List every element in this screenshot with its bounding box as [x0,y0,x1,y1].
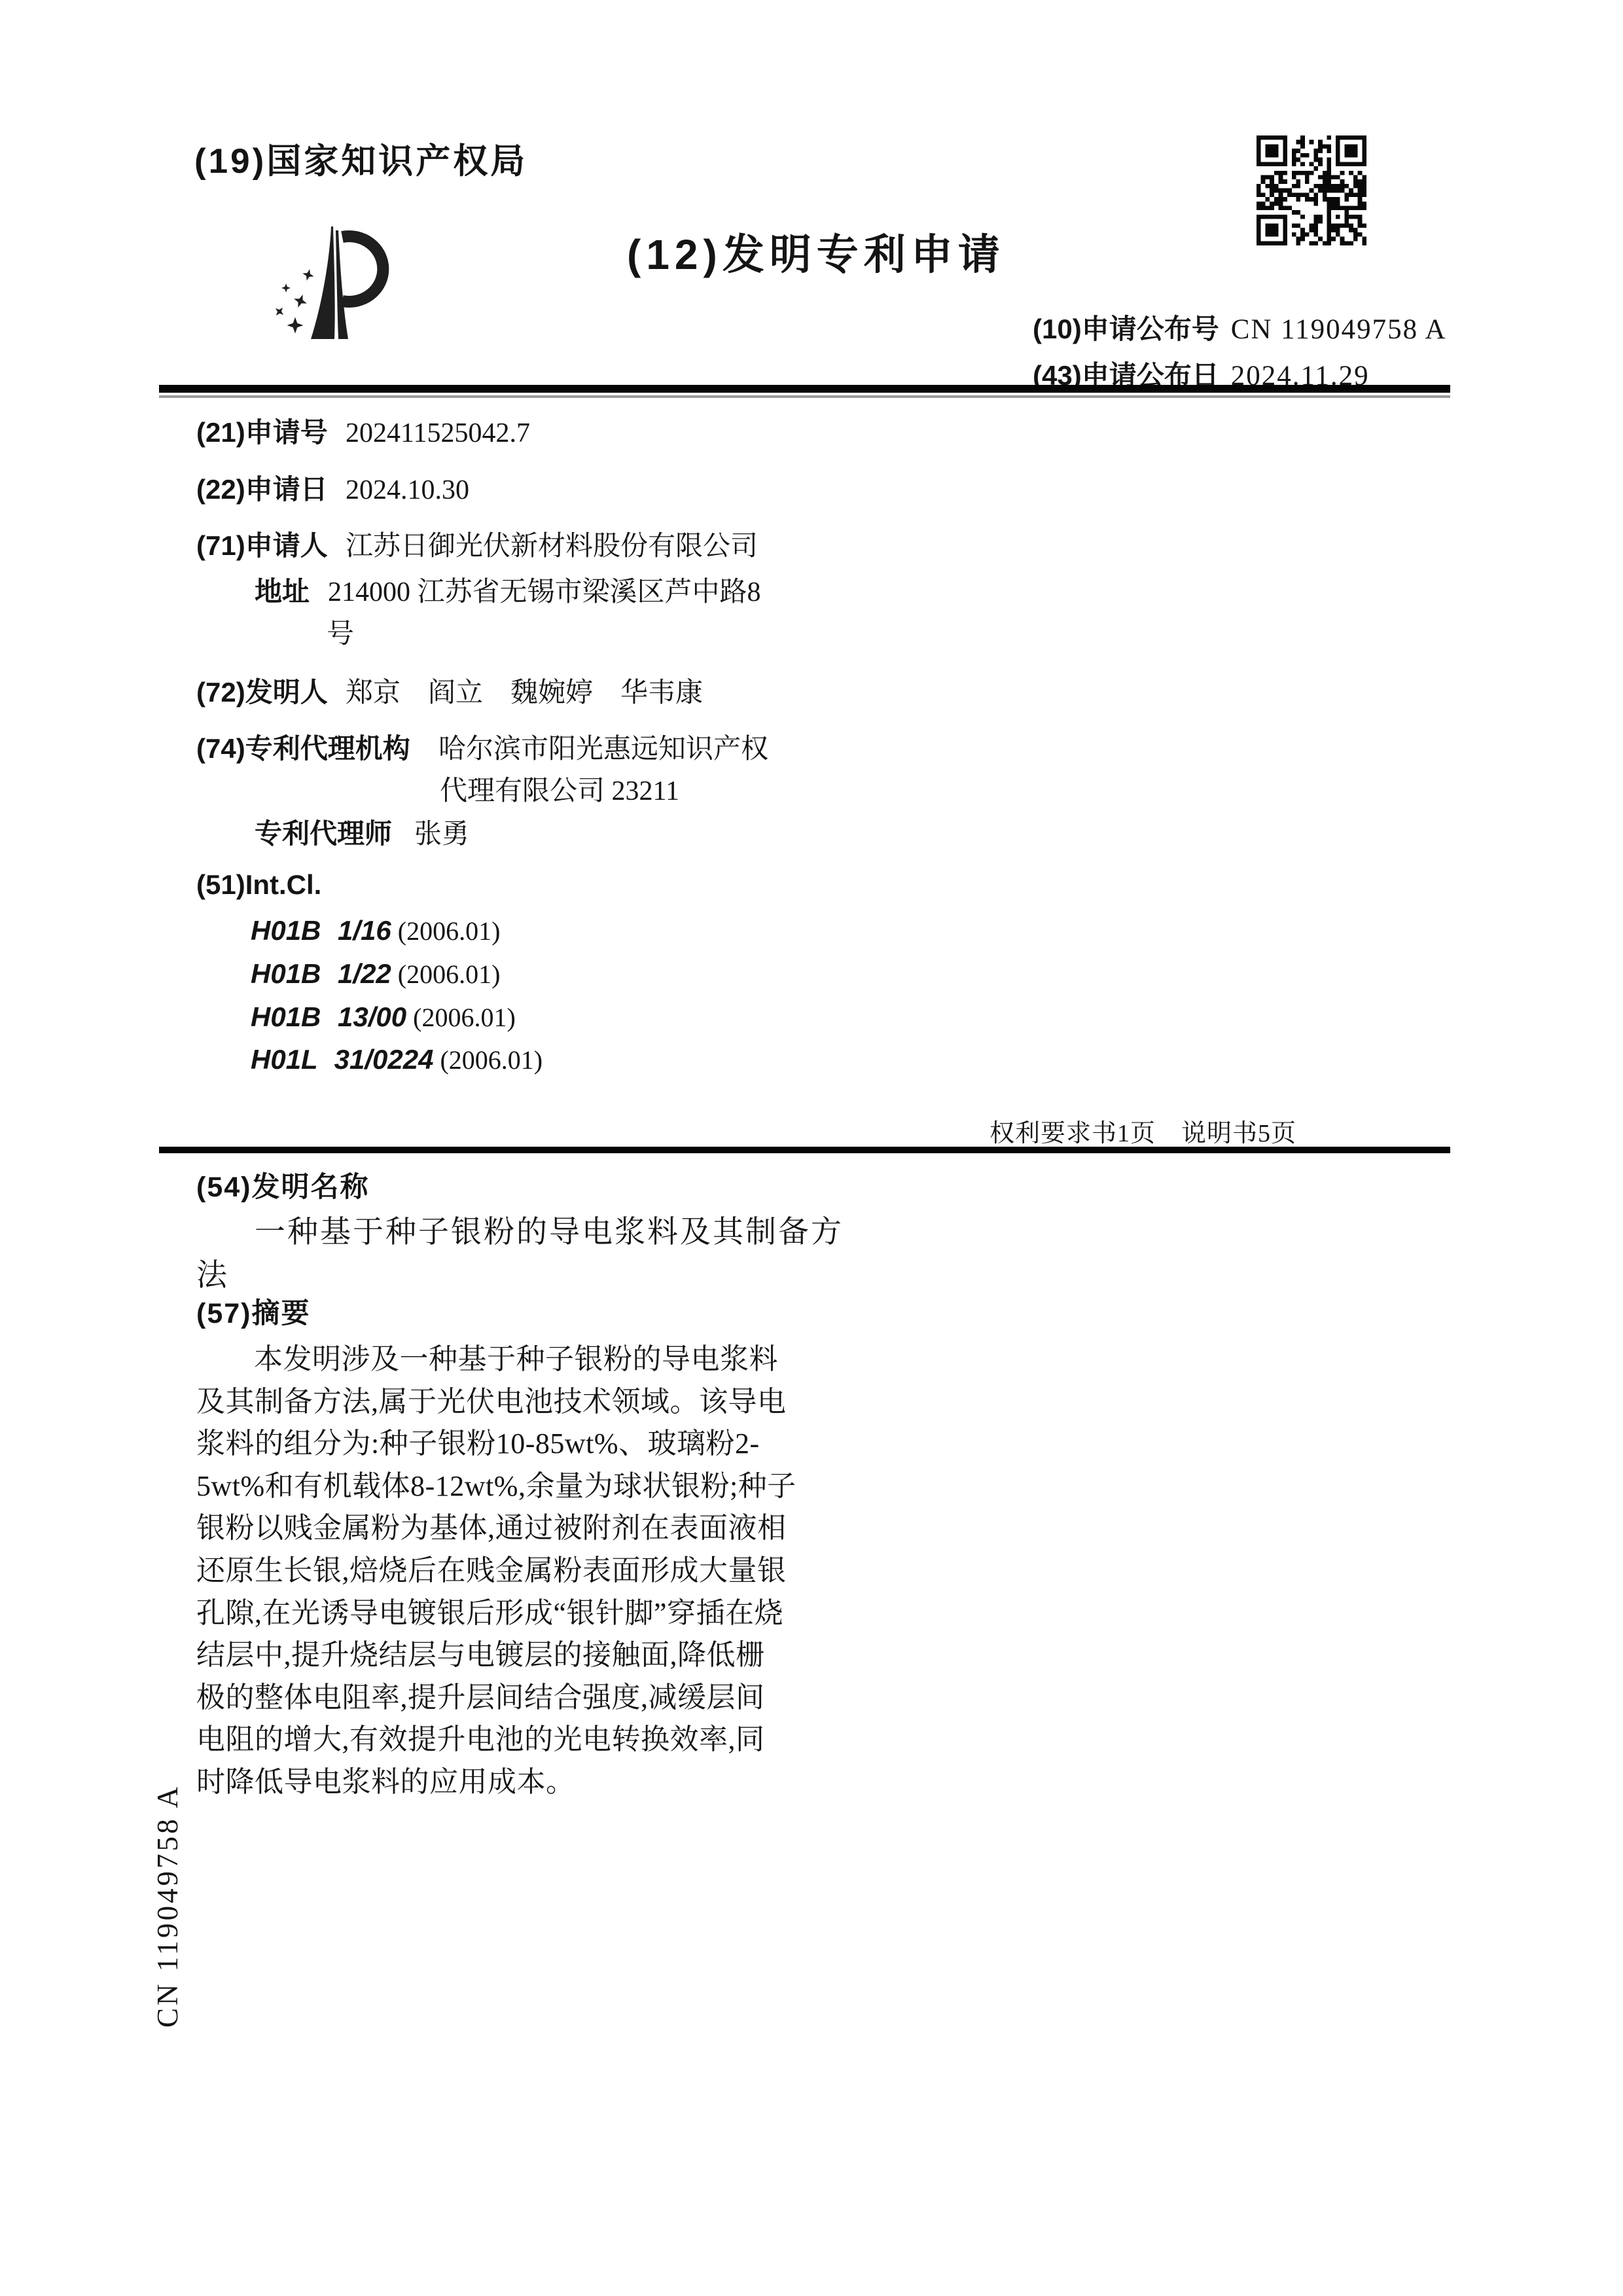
application-date-label: (22)申请日 [196,468,338,507]
publication-number-label: (10)申请公布号 [1033,308,1219,347]
header-divider-thick [159,385,1450,393]
abstract-line: 孔隙,在光诱导电镀银后形成“银针脚”穿插在烧 [196,1592,834,1635]
applicant-value: 江苏日御光伏新材料股份有限公司 [346,524,758,564]
inventors-value: 郑京 阎立 魏婉婷 华韦康 [346,671,703,710]
application-date-row: (22)申请日 2024.10.30 [196,468,469,507]
agency-label: (74)专利代理机构 [196,727,429,766]
abstract-line: 及其制备方法,属于光伏电池技术领域。该导电 [196,1381,834,1424]
application-number-row: (21)申请号 202411525042.7 [196,411,530,450]
abstract-line: 时降低导电浆料的应用成本。 [196,1761,834,1804]
abstract-line: 5wt%和有机载体8-12wt%,余量为球状银粉;种子 [196,1465,834,1508]
applicant-address-row: 地址 214000 江苏省无锡市梁溪区芦中路8 [255,570,761,609]
abstract-line: 还原生长银,焙烧后在贱金属粉表面形成大量银 [196,1550,834,1592]
intcl-code: H01L 31/0224 [251,1044,433,1075]
intcl-label: (51)Int.Cl. [196,869,321,901]
abstract-line: 本发明涉及一种基于种子银粉的导电浆料 [196,1338,834,1381]
intcl-entry: H01B 13/00 (2006.01) [251,1001,516,1033]
intcl-version: (2006.01) [398,959,501,990]
cnipa-logo-icon [265,224,409,342]
abstract-line: 极的整体电阻率,提升层间结合强度,减缓层间 [196,1677,834,1719]
address-value-line2: 号 [327,612,354,651]
document-type-title: (12)发明专利申请 [627,221,1005,281]
section-divider [159,1147,1450,1153]
patent-cover-page: (19)国家知识产权局 (12)发明专利申请 (10)申请公布号 CN 1190… [0,0,1623,2296]
pages-info: 权利要求书1页 说明书5页 [990,1113,1296,1149]
intcl-version: (2006.01) [440,1045,543,1075]
agency-value-line2: 代理有限公司 23211 [440,769,679,808]
intcl-entry: H01L 31/0224 (2006.01) [251,1044,543,1075]
intcl-entry: H01B 1/22 (2006.01) [251,958,500,990]
publication-number-row: (10)申请公布号 CN 119049758 A [1033,308,1447,347]
abstract-text: 本发明涉及一种基于种子银粉的导电浆料 及其制备方法,属于光伏电池技术领域。该导电… [196,1338,834,1804]
invention-title-label: (54)发明名称 [196,1165,369,1205]
agency-row: (74)专利代理机构 哈尔滨市阳光惠远知识产权 [196,727,768,766]
abstract-line: 电阻的增大,有效提升电池的光电转换效率,同 [196,1719,834,1761]
applicant-label: (71)申请人 [196,524,338,564]
invention-title-line2: 法 [196,1251,227,1295]
side-publication-code: CN 119049758 A [151,1818,186,2028]
intcl-code: H01B 13/00 [251,1001,406,1033]
publication-number-value: CN 119049758 A [1231,314,1447,346]
applicant-row: (71)申请人 江苏日御光伏新材料股份有限公司 [196,524,758,564]
agency-value-line1: 哈尔滨市阳光惠远知识产权 [438,727,768,766]
intcl-version: (2006.01) [413,1002,516,1033]
office-name: (19)国家知识产权局 [194,134,527,183]
intcl-entry: H01B 1/16 (2006.01) [251,915,500,946]
application-number-label: (21)申请号 [196,411,338,450]
intcl-code: H01B 1/22 [251,958,391,990]
invention-title-line1: 一种基于种子银粉的导电浆料及其制备方 [255,1208,844,1251]
application-number-value: 202411525042.7 [346,418,530,449]
agent-label: 专利代理师 [255,812,399,852]
agent-value: 张勇 [414,812,469,852]
application-date-value: 2024.10.30 [346,475,469,506]
abstract-line: 浆料的组分为:种子银粉10-85wt%、玻璃粉2- [196,1423,834,1465]
abstract-line: 结层中,提升烧结层与电镀层的接触面,降低栅 [196,1634,834,1677]
header-divider-thin [159,395,1450,398]
address-value-line1: 214000 江苏省无锡市梁溪区芦中路8 [328,570,761,609]
intcl-code: H01B 1/16 [251,915,391,946]
agent-row: 专利代理师 张勇 [255,812,469,852]
inventors-row: (72)发明人 郑京 阎立 魏婉婷 华韦康 [196,671,703,710]
inventors-label: (72)发明人 [196,671,338,710]
address-label: 地址 [255,570,312,609]
intcl-version: (2006.01) [398,916,501,946]
abstract-label: (57)摘要 [196,1291,310,1331]
abstract-line: 银粉以贱金属粉为基体,通过被附剂在表面液相 [196,1507,834,1550]
qr-code-icon [1257,135,1366,245]
